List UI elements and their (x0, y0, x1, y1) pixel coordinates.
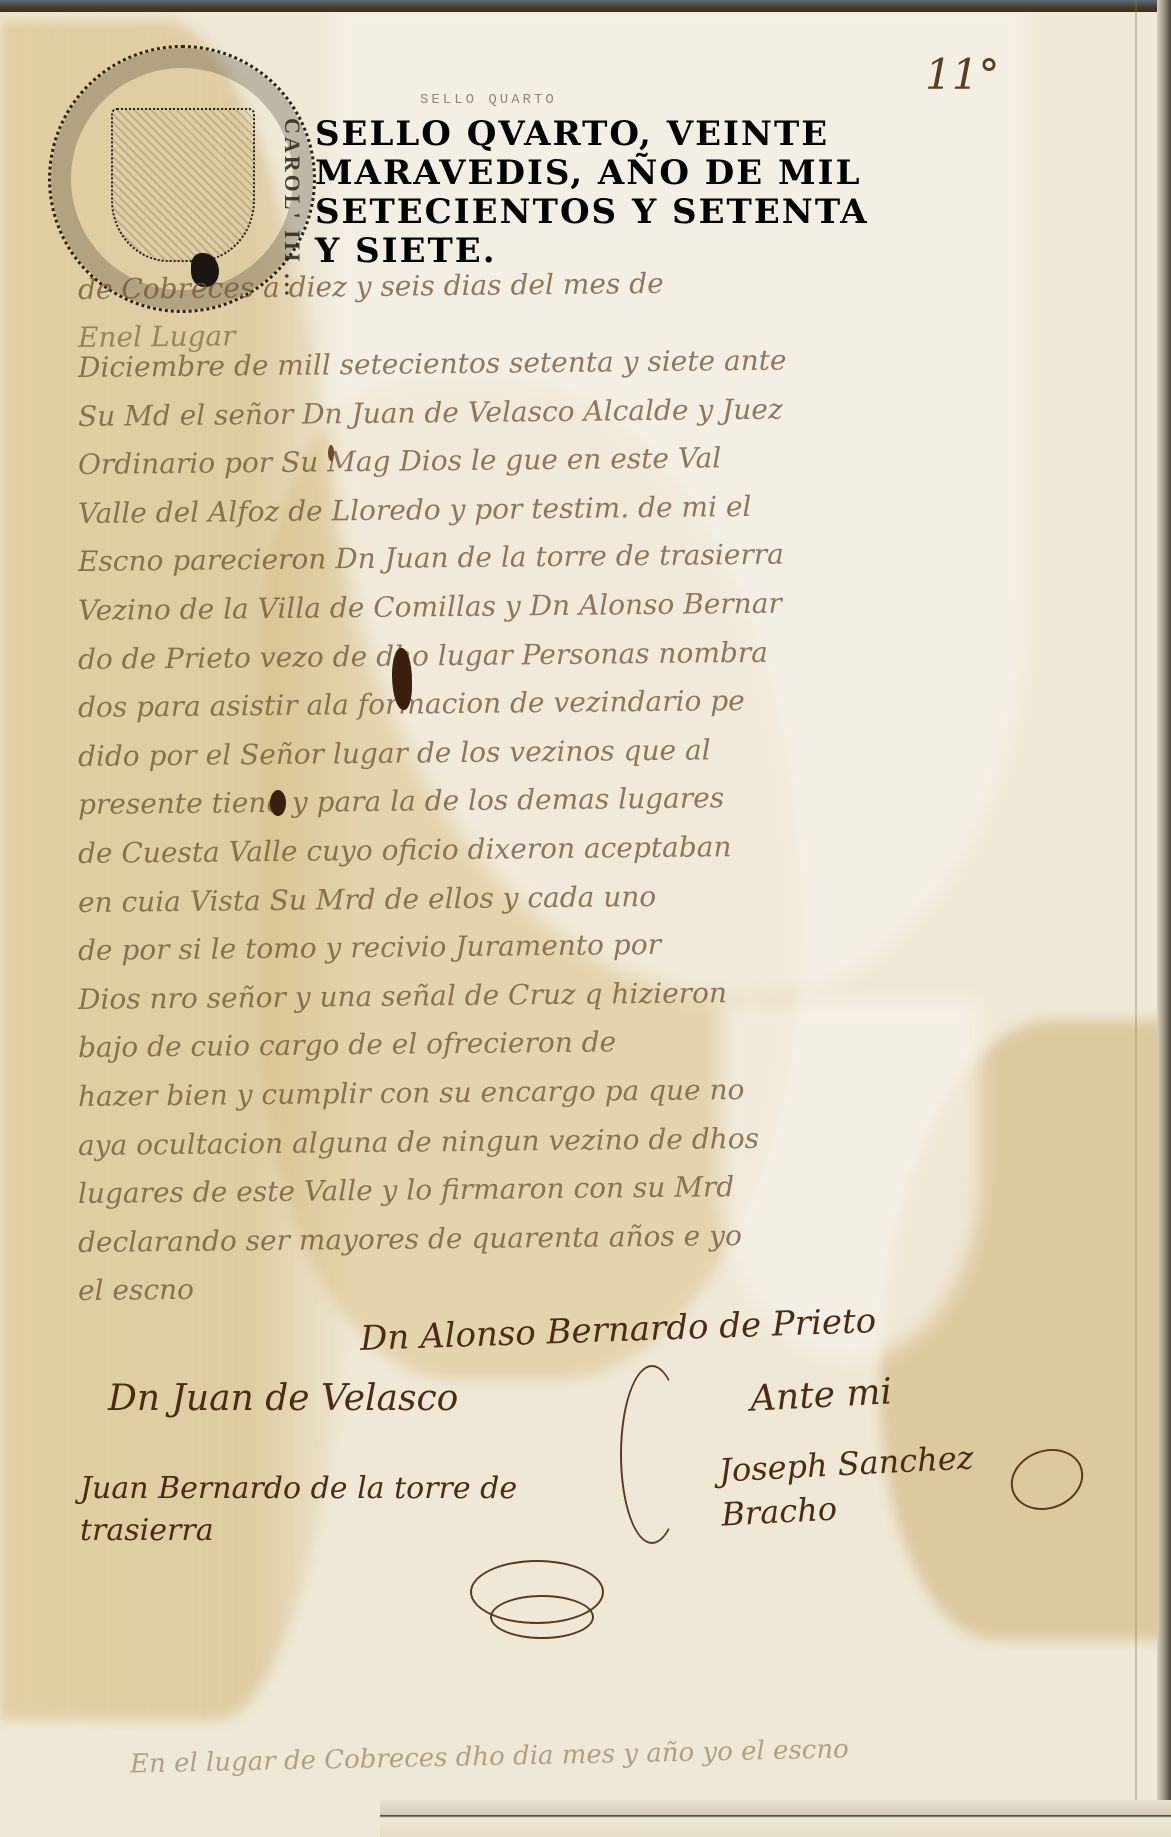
top-scan-edge (0, 0, 1171, 12)
signature-joseph-sanchez-bracho: Joseph Sanchez Bracho (718, 1431, 1052, 1536)
stamp-line-1: SELLO QVARTO, VEINTE (315, 115, 869, 154)
ink-blot (270, 790, 286, 816)
stamp-header: SELLO QVARTO, VEINTE MARAVEDIS, AÑO DE M… (315, 115, 869, 271)
body-line: de Cobreces a diez y seis dias del mes d… (78, 260, 664, 315)
signature-juan-de-velasco: Dn Juan de Velasco (108, 1378, 458, 1419)
stamp-small-header: SELLO QUARTO (420, 92, 557, 108)
rubric-flourish-icon (490, 1595, 594, 1639)
stamp-line-3: SETECIENTOS Y SETENTA (315, 193, 869, 232)
signature-ante-mi: Ante mi (749, 1371, 893, 1419)
body-line: el escno (78, 1257, 1078, 1316)
fold-crease (1135, 0, 1137, 1837)
ink-blot (392, 648, 412, 710)
torn-bottom-edge (380, 1800, 1171, 1837)
manuscript-page: CAROL' III ... SELLO QUARTO SELLO QVARTO… (0, 0, 1171, 1837)
folio-number: 11° (925, 50, 999, 99)
closing-line: En el lugar de Cobreces dho dia mes y añ… (130, 1734, 849, 1779)
right-scan-edge (1157, 0, 1171, 1837)
stamp-line-2: MARAVEDIS, AÑO DE MIL (315, 154, 869, 193)
ink-blot (328, 445, 334, 461)
signature-juan-bernardo-torre: Juan Bernardo de la torre de trasierra (80, 1468, 600, 1552)
rubric-flourish-icon (620, 1365, 684, 1544)
coat-of-arms-icon (111, 108, 255, 262)
